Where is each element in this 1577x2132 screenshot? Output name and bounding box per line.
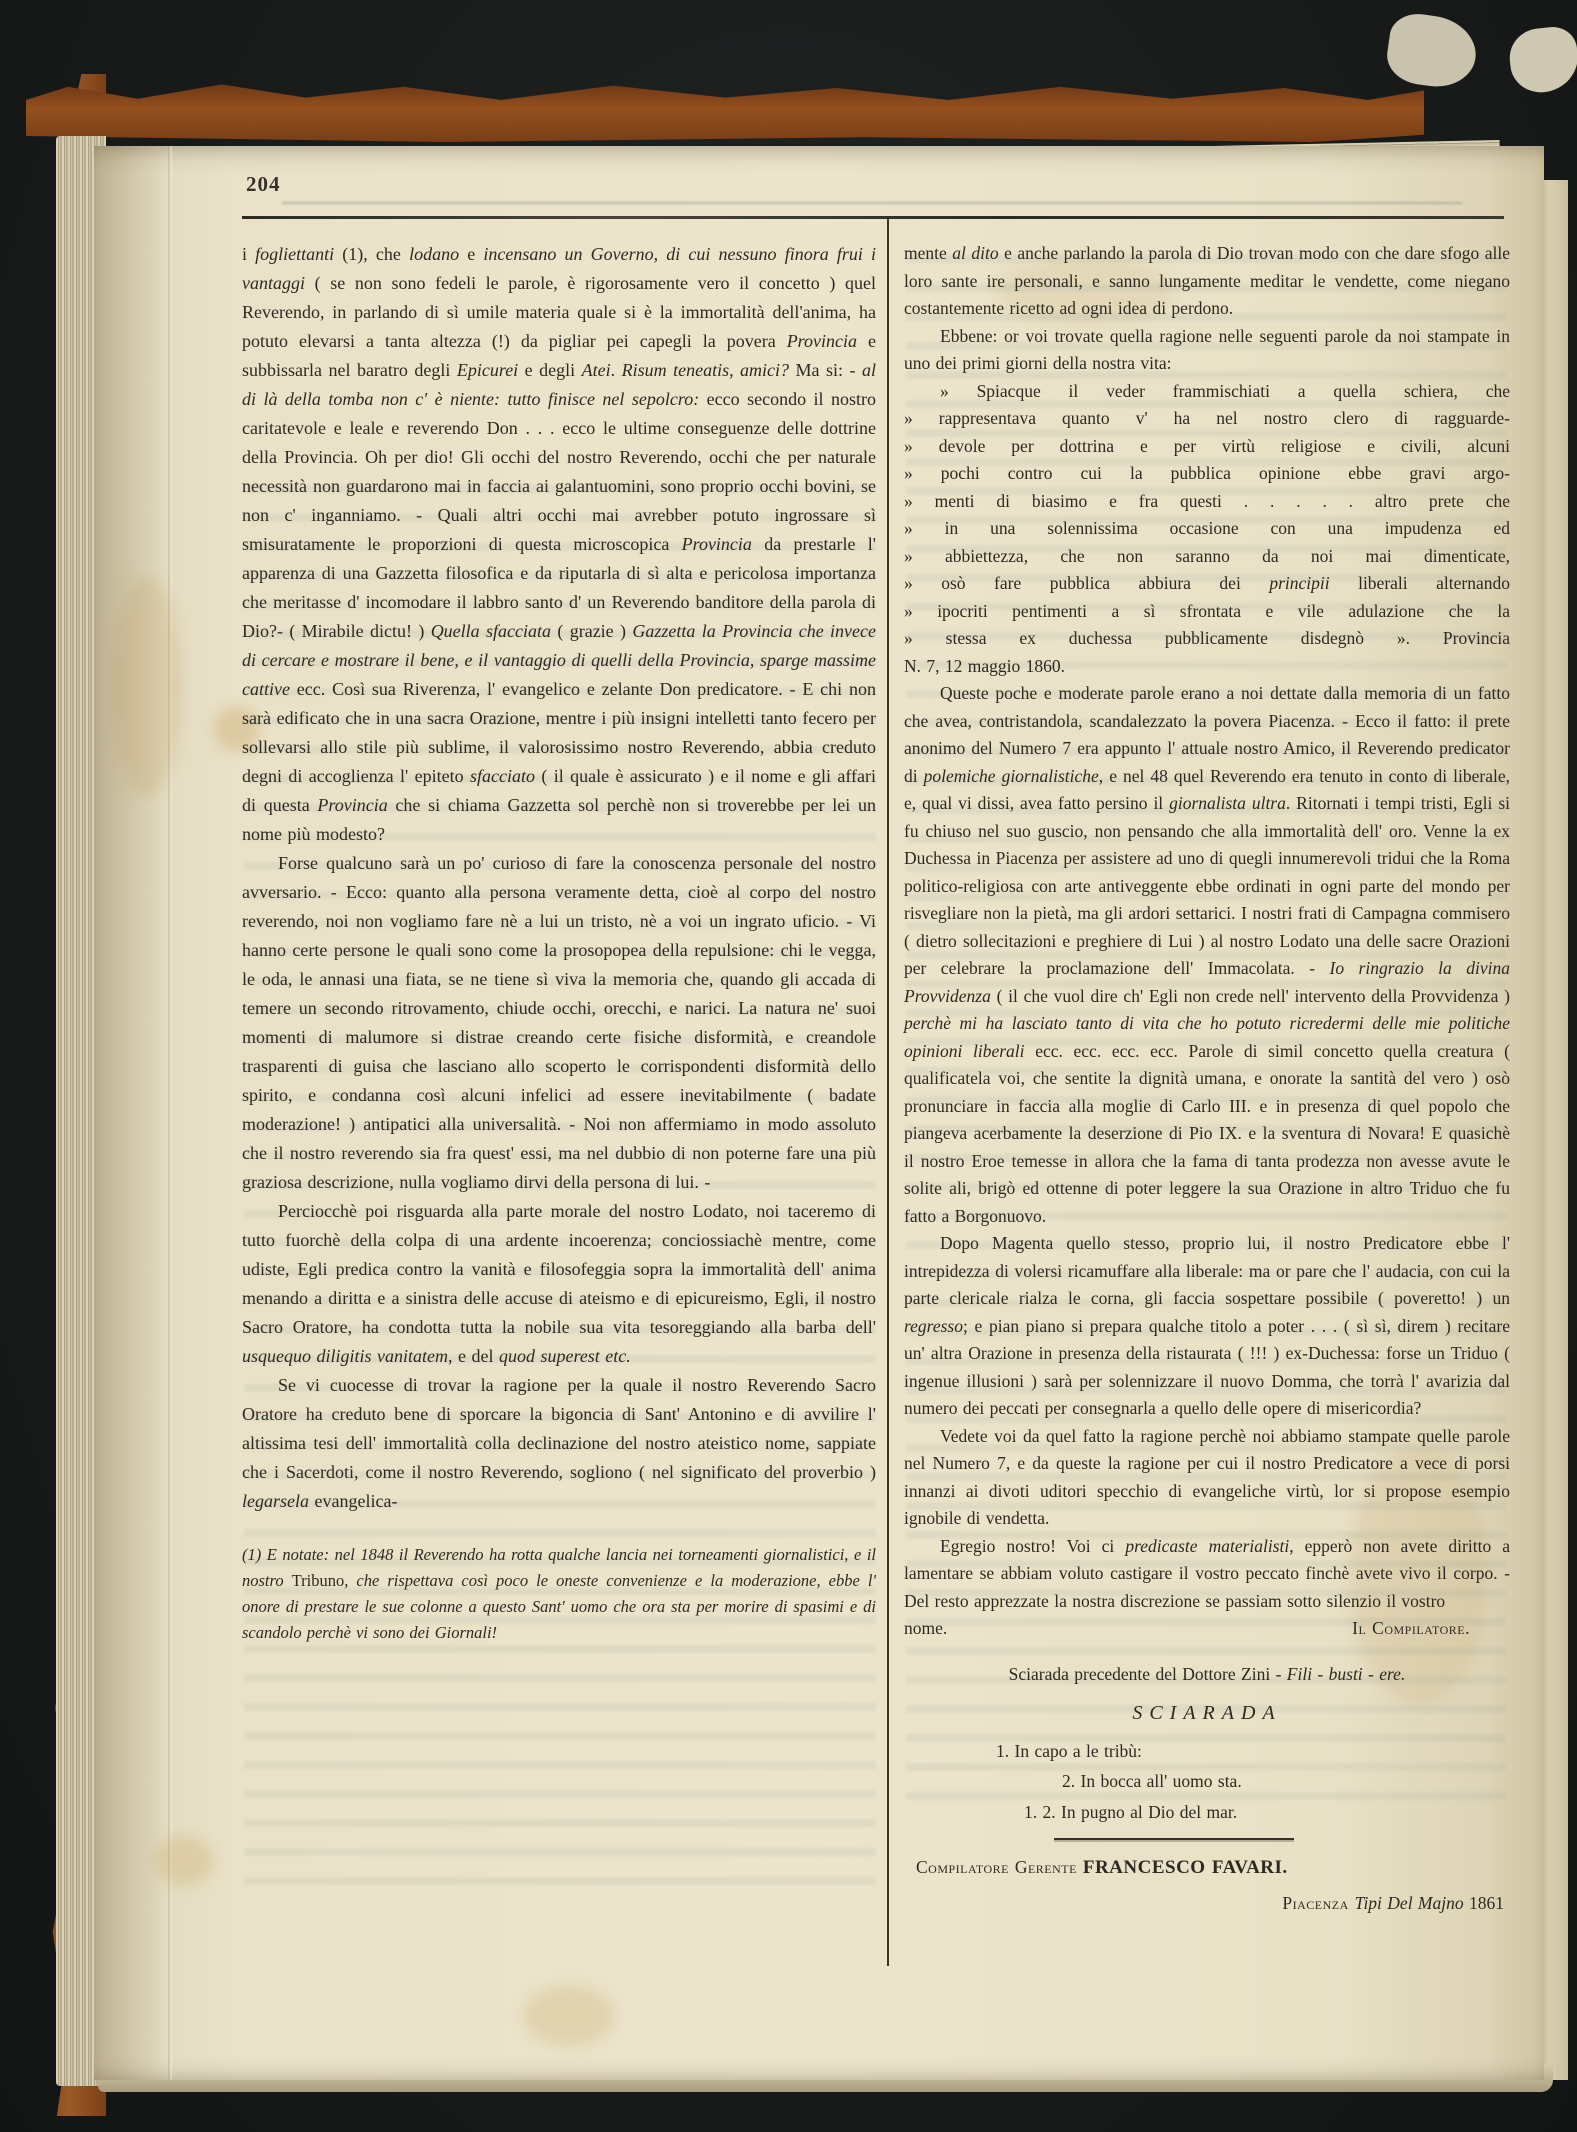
column-divider-rule bbox=[887, 218, 889, 1966]
torn-page-corner bbox=[1507, 25, 1577, 96]
paragraph-last-word: nome. bbox=[904, 1615, 947, 1643]
compiler-signature: Il Compilatore. bbox=[1352, 1615, 1470, 1643]
paragraph: Vedete voi da quel fatto la ragione perc… bbox=[904, 1423, 1510, 1533]
paragraph: Egregio nostro! Voi ci predicaste materi… bbox=[904, 1533, 1510, 1616]
imprint-year: 1861 bbox=[1464, 1893, 1504, 1913]
quoted-passage: » Spiacque il veder frammischiati a quel… bbox=[904, 378, 1510, 681]
quote-line: » pochi contro cui la pubblica opinione … bbox=[904, 460, 1510, 488]
sciarada-clue: 1. 2. In pugno al Dio del mar. bbox=[904, 1799, 1510, 1827]
book-cover-top-edge bbox=[26, 82, 1424, 142]
paragraph: i fogliettanti (1), che lodano e incensa… bbox=[242, 240, 876, 849]
quote-line: » in una solennissima occasione con una … bbox=[904, 515, 1510, 543]
quote-line: » menti di biasimo e fra questi . . . . … bbox=[904, 488, 1510, 516]
paper-stain bbox=[154, 1836, 214, 1886]
paragraph: Perciocchè poi risguarda alla parte mora… bbox=[242, 1197, 876, 1371]
gerente-label: Compilatore Gerente bbox=[916, 1857, 1083, 1877]
torn-page-corner bbox=[1384, 10, 1481, 92]
sciarada-previous-answer: Sciarada precedente del Dottore Zini - F… bbox=[904, 1661, 1510, 1689]
quote-line: » rappresentava quanto v' ha nel nostro … bbox=[904, 405, 1510, 433]
paragraph: mente al dito e anche parlando la parola… bbox=[904, 240, 1510, 323]
colophon-gerente: Compilatore Gerente FRANCESCO FAVARI. bbox=[904, 1854, 1510, 1882]
paragraph: Se vi cuocesse di trovar la ragione per … bbox=[242, 1371, 876, 1516]
right-column: mente al dito e anche parlando la parola… bbox=[904, 240, 1510, 1917]
quote-line: » abbiettezza, che non saranno da noi ma… bbox=[904, 543, 1510, 571]
sciarada-clue: 1. In capo a le tribù: bbox=[904, 1738, 1510, 1766]
imprint-printer: Tipi Del Majno bbox=[1355, 1893, 1464, 1913]
gutter-shadow bbox=[94, 146, 166, 2080]
paragraph: Queste poche e moderate parole erano a n… bbox=[904, 680, 1510, 1230]
compiler-signature-row: nome. Il Compilatore. bbox=[904, 1615, 1510, 1643]
sciarada-clue: 2. In bocca all' uomo sta. bbox=[904, 1768, 1510, 1796]
sciarada-title: SCIARADA bbox=[904, 1700, 1510, 1728]
quote-line: » devole per dottrina e per virtù religi… bbox=[904, 433, 1510, 461]
quote-citation: N. 7, 12 maggio 1860. bbox=[904, 653, 1510, 681]
book-page: 204 i fogliettanti (1), che lodano e inc… bbox=[94, 146, 1544, 2080]
paper-stain bbox=[524, 1986, 614, 2046]
footnote: (1) E notate: nel 1848 il Reverendo ha r… bbox=[242, 1542, 876, 1646]
paragraph: Dopo Magenta quello stesso, proprio lui,… bbox=[904, 1230, 1510, 1423]
book-photo: 204 i fogliettanti (1), che lodano e inc… bbox=[0, 0, 1577, 2132]
page-number: 204 bbox=[246, 172, 281, 197]
paragraph: Forse qualcuno sarà un po' curioso di fa… bbox=[242, 849, 876, 1197]
header-rule bbox=[242, 216, 1504, 219]
quote-line: » ipocriti pentimenti a sì sfrontata e v… bbox=[904, 598, 1510, 626]
paper-stain bbox=[112, 576, 182, 796]
paragraph: Ebbene: or voi trovate quella ragione ne… bbox=[904, 323, 1510, 378]
quote-line: » osò fare pubblica abbiura dei principi… bbox=[904, 570, 1510, 598]
paper-crease bbox=[168, 146, 172, 2080]
quote-line: » Spiacque il veder frammischiati a quel… bbox=[904, 378, 1510, 406]
imprint-place: Piacenza bbox=[1282, 1893, 1354, 1913]
quote-line: » stessa ex duchessa pubblicamente disde… bbox=[904, 625, 1510, 653]
sciarada-rule bbox=[1054, 1838, 1294, 1840]
left-column: i fogliettanti (1), che lodano e incensa… bbox=[242, 240, 876, 1646]
gerente-name: FRANCESCO FAVARI. bbox=[1083, 1857, 1288, 1878]
colophon-imprint: Piacenza Tipi Del Majno 1861 bbox=[904, 1890, 1510, 1918]
